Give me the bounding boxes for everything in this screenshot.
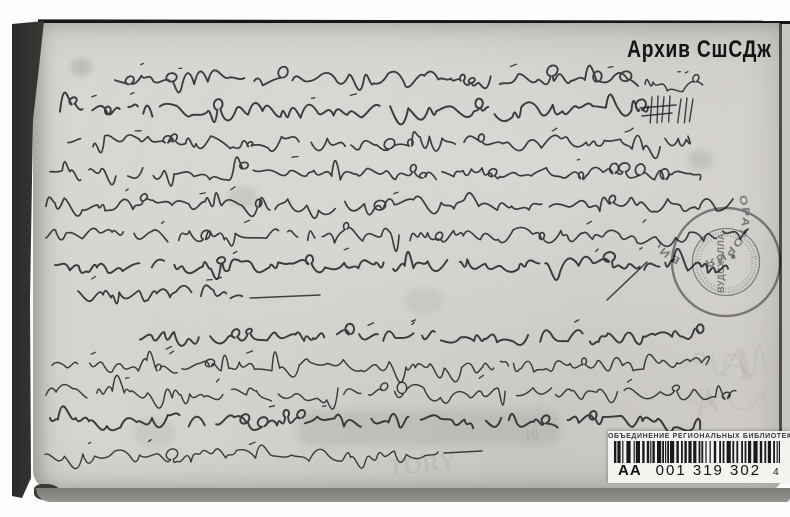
barcode-bars [612, 441, 786, 463]
barcode-check-digit: 4 [773, 467, 779, 478]
library-round-stamp: БИОЛОГИЧЕСКАЯ ЛАБОРАТОРИЯ ВУДСХОЛЛА [658, 194, 790, 330]
barcode-label: ОБЪЕДИНЕНИЕ РЕГИОНАЛЬНЫХ БИБЛИОТЕК АА 00… [608, 431, 790, 483]
archive-label: Архив СшСДж [627, 36, 772, 64]
svg-text:БИОЛОГИЧЕСКАЯ ЛАБОРАТОРИЯ: БИОЛОГИЧЕСКАЯ ЛАБОРАТОРИЯ [658, 194, 761, 279]
barcode-header-text: ОБЪЕДИНЕНИЕ РЕГИОНАЛЬНЫХ БИБЛИОТЕК [608, 433, 790, 440]
scanned-manuscript-photo: TORY10АД Архив СшСДж БИОЛОГИЧЕСКАЯ ЛАБОР… [0, 0, 790, 517]
stamp-center-text: ВУДСХОЛЛА [716, 233, 726, 293]
barcode-prefix: АА [618, 462, 642, 479]
barcode-digits: 001 319 302 [656, 462, 761, 479]
barcode-number-row: АА 001 319 302 4 [608, 462, 790, 479]
stamp-ring-text: БИОЛОГИЧЕСКАЯ ЛАБОРАТОРИЯ [658, 194, 761, 279]
